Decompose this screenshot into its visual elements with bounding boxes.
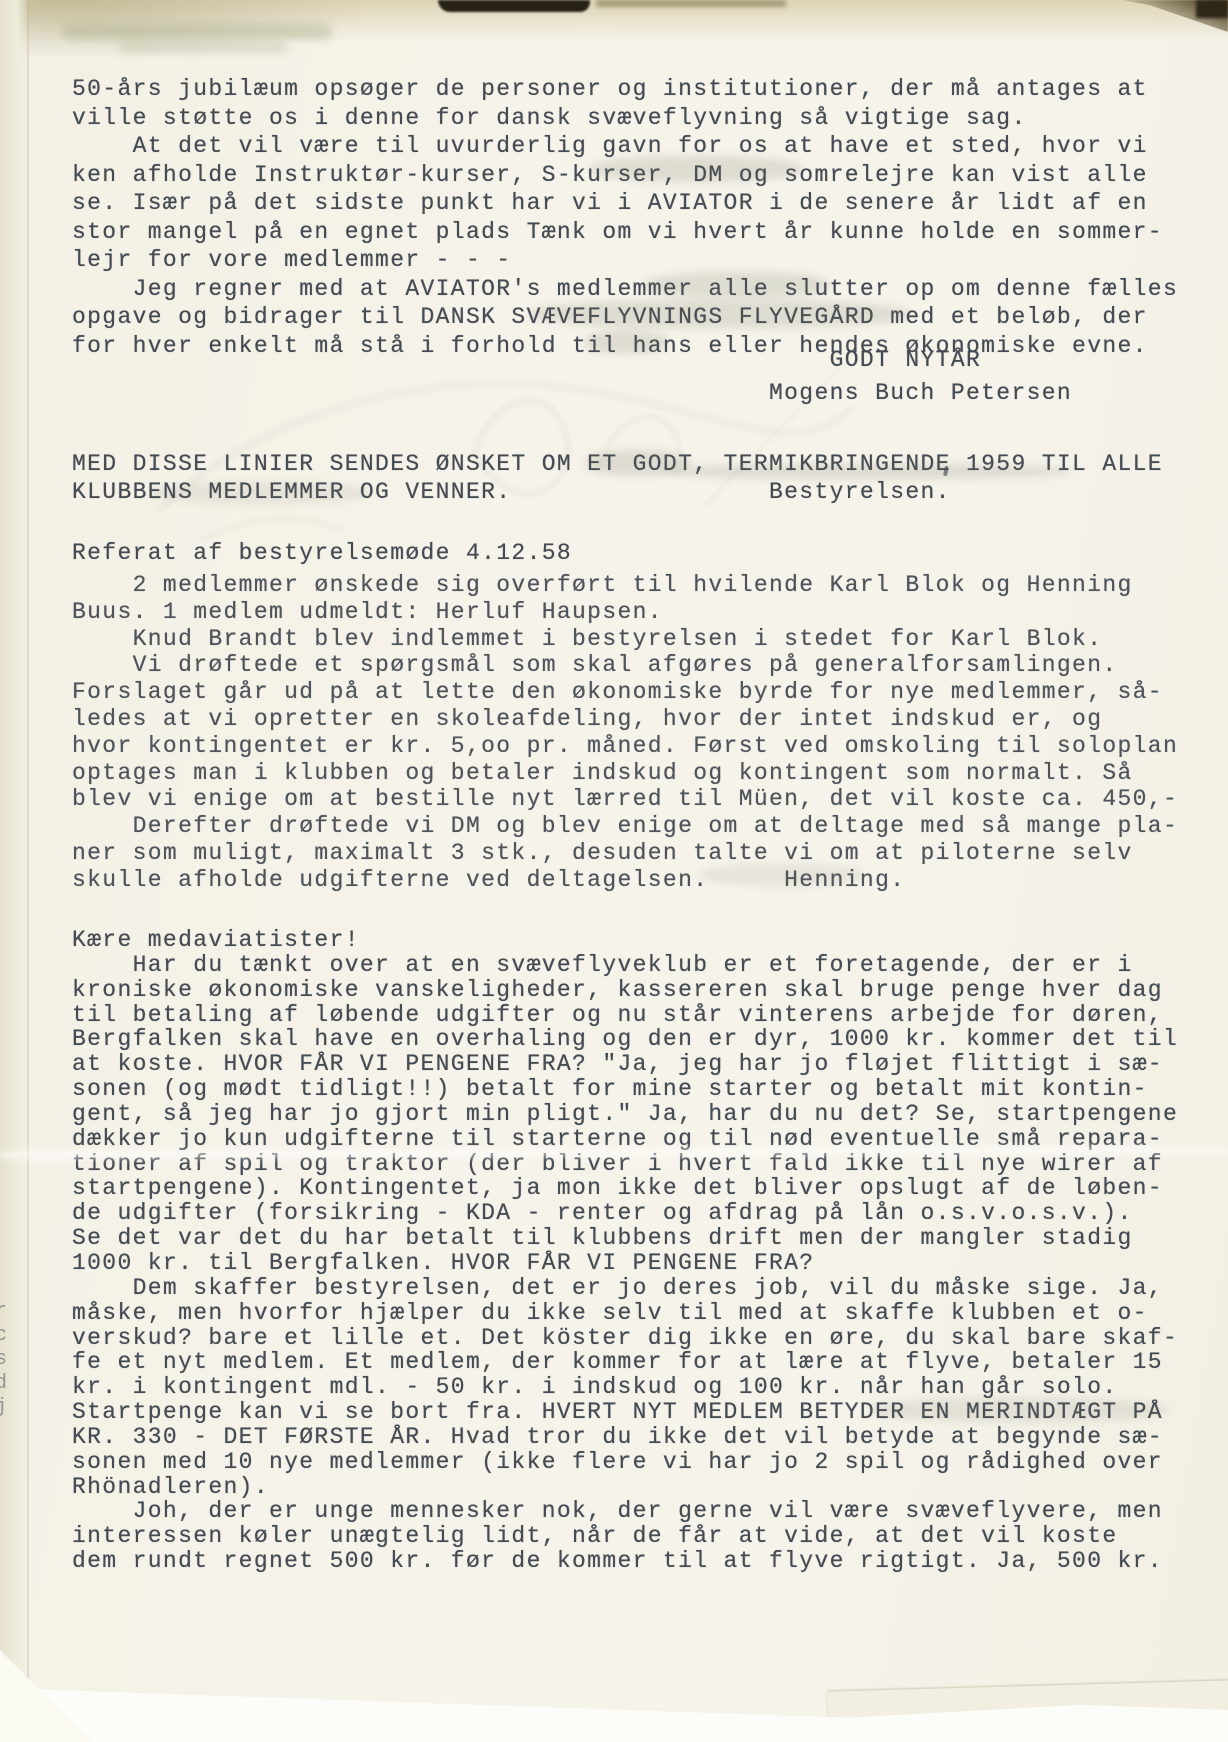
text-line: Buus. 1 medlem udmeldt: Herluf Haupsen. xyxy=(72,599,1178,626)
text-line: Knud Brandt blev indlemmet i bestyrelsen… xyxy=(72,626,1178,653)
ink-smudge xyxy=(585,330,667,354)
scanned-letter-page: 50-års jubilæum opsøger de personer og i… xyxy=(0,0,1228,1742)
board-minutes-heading: Referat af bestyrelsemøde 4.12.58 xyxy=(72,540,572,566)
text-line: ledes at vi opretter en skoleafdeling, h… xyxy=(72,706,1178,733)
ghost-ink-impression xyxy=(118,42,288,53)
text-line: Bergfalken skal have en overhaling og de… xyxy=(72,1027,1178,1052)
text-line: skulle afholde udgifterne ved deltagelse… xyxy=(72,867,1178,894)
text-line: ner som muligt, maximalt 3 stk., desuden… xyxy=(72,840,1178,867)
board-minutes-heading-text: Referat af bestyrelsemøde 4.12.58 xyxy=(72,540,572,566)
text-line: r xyxy=(0,1300,7,1324)
text-line: 1000 kr. til Bergfalken. HVOR FÅR VI PEN… xyxy=(72,1251,1178,1276)
text-line: Derefter drøftede vi DM og blev enige om… xyxy=(72,813,1178,840)
ink-smudge xyxy=(665,464,1070,479)
text-line: Se det var det du har betalt til klubben… xyxy=(72,1226,1178,1251)
scan-smudge-top xyxy=(438,0,590,12)
text-line: se. Især på det sidste punkt har vi i AV… xyxy=(72,189,1178,218)
ink-smudge xyxy=(868,1398,1168,1422)
text-line: dem rundt regnet 500 kr. før de kommer t… xyxy=(72,1549,1178,1574)
text-line: Dem skaffer bestyrelsen, det er jo deres… xyxy=(72,1276,1178,1301)
left-paper-edge-line xyxy=(27,0,29,1742)
text-line: de udgifter (forsikring - KDA - renter o… xyxy=(72,1201,1178,1226)
text-line: d xyxy=(0,1372,7,1396)
text-line: måske, men hvorfor hjælper du ikke selv … xyxy=(72,1301,1178,1326)
text-line: 2 medlemmer ønskede sig overført til hvi… xyxy=(72,572,1178,599)
text-line: stor mangel på en egnet plads Tænk om vi… xyxy=(72,218,1178,247)
signature-godt-nytaar: GODT NYTÅR Mogens Buch Petersen xyxy=(72,344,1072,410)
text-line: interessen køler unægtelig lidt, når de … xyxy=(72,1524,1178,1549)
text-line: Joh, der er unge mennesker nok, der gern… xyxy=(72,1499,1178,1524)
text-line: Har du tænkt over at en svæveflyveklub e… xyxy=(72,953,1178,978)
text-line: hvor kontingentet er kr. 5,oo pr. måned.… xyxy=(72,733,1178,760)
text-line: s xyxy=(0,1348,7,1372)
appeal-letter: Kære medaviatister! Har du tænkt over at… xyxy=(72,928,1178,1574)
text-line: startpengene). Kontingentet, ja mon ikke… xyxy=(72,1176,1178,1201)
text-line: kr. i kontingent mdl. - 50 kr. i indskud… xyxy=(72,1375,1178,1400)
text-line: at koste. HVOR FÅR VI PENGENE FRA? "Ja, … xyxy=(72,1052,1178,1077)
text-line: sonen (og mødt tidligt!!) betalt for min… xyxy=(72,1077,1178,1102)
text-line: Kære medaviatister! xyxy=(72,928,1178,953)
text-line: GODT NYTÅR xyxy=(72,344,1072,377)
text-line: blev vi enige om at bestille nyt lærred … xyxy=(72,786,1178,813)
text-line: sonen med 10 nye medlemmer (ikke flere v… xyxy=(72,1450,1178,1475)
text-line: KR. 330 - DET FØRSTE ÅR. Hvad tror du ik… xyxy=(72,1425,1178,1450)
text-line: kroniske økonomiske vanskeligheder, kass… xyxy=(72,978,1178,1003)
ink-smudge xyxy=(530,300,910,328)
text-line: j xyxy=(0,1396,7,1420)
scan-smudge-top xyxy=(596,0,786,7)
text-line: ville støtte os i denne for dansk svævef… xyxy=(72,104,1178,133)
text-line: lejr for vore medlemmer - - - xyxy=(72,246,1178,275)
margin-ghost-letters: rcsdj xyxy=(0,1300,7,1420)
text-line: fe et nyt medlem. Et medlem, der kommer … xyxy=(72,1350,1178,1375)
text-line: Rhönadleren). xyxy=(72,1475,1178,1500)
ghost-ink-impression xyxy=(62,24,332,40)
text-line: Forslaget går ud på at lette den økonomi… xyxy=(72,679,1178,706)
text-line: Vi drøftede et spørgsmål som skal afgøre… xyxy=(72,652,1178,679)
text-line: c xyxy=(0,1324,7,1348)
left-paper-edge xyxy=(0,0,30,1742)
ink-smudge xyxy=(590,156,802,182)
board-minutes: 2 medlemmer ønskede sig overført til hvi… xyxy=(72,572,1178,894)
text-line: Jeg regner med at AVIATOR's medlemmer al… xyxy=(72,275,1178,304)
text-line: optages man i klubben og betaler indskud… xyxy=(72,760,1178,787)
text-line: verskud? bare et lille et. Det köster di… xyxy=(72,1326,1178,1351)
text-line: 50-års jubilæum opsøger de personer og i… xyxy=(72,75,1178,104)
ink-smudge xyxy=(700,864,865,886)
text-line: At det vil være til uvurderlig gavn for … xyxy=(72,132,1178,161)
scan-corner-shadow xyxy=(1196,0,1228,18)
text-line: til betaling af løbende udgifter og nu s… xyxy=(72,1003,1178,1028)
text-line: Mogens Buch Petersen xyxy=(72,377,1072,410)
text-line: gent, så jeg har jo gjort min pligt." Ja… xyxy=(72,1102,1178,1127)
ink-smudge xyxy=(645,272,830,298)
ink-smudge xyxy=(150,482,370,504)
